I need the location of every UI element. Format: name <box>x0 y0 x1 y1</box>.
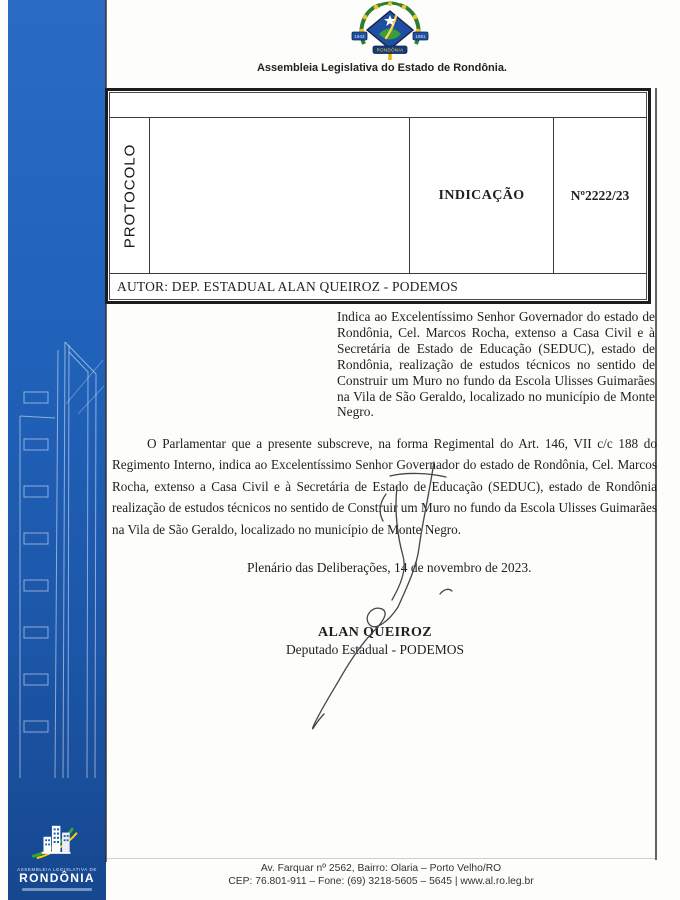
protocolo-cell: PROTOCOLO <box>110 118 150 273</box>
building-sketch-icon <box>8 330 106 790</box>
author-line: AUTOR: DEP. ESTADUAL ALAN QUEIROZ - PODE… <box>110 273 646 299</box>
doc-type-cell: INDICAÇÃO <box>410 118 554 273</box>
main-paragraph: O Parlamentar que a presente subscreve, … <box>112 433 657 540</box>
sidebar: ASSEMBLEIA LEGISLATIVA DE RONDÔNIA <box>8 0 106 900</box>
signer-name: ALAN QUEIROZ <box>105 625 645 641</box>
protocol-table: PROTOCOLO INDICAÇÃO Nº2222/23 AUTOR: DEP… <box>105 88 651 304</box>
sidebar-org-small-label: ASSEMBLEIA LEGISLATIVA DE <box>8 867 106 872</box>
protocol-table-top-strip <box>110 93 646 118</box>
rondonia-coat-of-arms-icon: 1943 1981 RONDÔNIA <box>350 0 430 62</box>
footer-address: Av. Farquar nº 2562, Bairro: Olaria – Po… <box>105 863 657 876</box>
date-line: Plenário das Deliberações, 14 de novembr… <box>247 560 532 576</box>
document-page: ASSEMBLEIA LEGISLATIVA DE RONDÔNIA 1943 … <box>0 0 680 900</box>
signer-title: Deputado Estadual - PODEMOS <box>105 642 645 658</box>
footer-contact: CEP: 76.801-911 – Fone: (69) 3218-5605 –… <box>105 876 657 889</box>
protocolo-label: PROTOCOLO <box>121 143 138 248</box>
coat-year-right: 1981 <box>415 34 426 39</box>
sidebar-building-logo-icon <box>30 822 84 860</box>
summary-paragraph: Indica ao Excelentíssimo Senhor Governad… <box>337 309 655 420</box>
sidebar-tagline-bar <box>22 888 92 891</box>
sidebar-org-name-label: RONDÔNIA <box>8 872 106 885</box>
doc-number-cell: Nº2222/23 <box>554 118 646 273</box>
org-name-heading: Assembleia Legislativa do Estado de Rond… <box>108 62 656 74</box>
page-edge-bottom-line <box>107 858 655 859</box>
footer: Av. Farquar nº 2562, Bairro: Olaria – Po… <box>105 863 657 888</box>
protocol-stamp-area <box>150 118 410 273</box>
coat-year-left: 1943 <box>354 34 365 39</box>
sidebar-logo: ASSEMBLEIA LEGISLATIVA DE RONDÔNIA <box>8 822 106 891</box>
coat-banner-label: RONDÔNIA <box>377 48 404 53</box>
signature-block: ALAN QUEIROZ Deputado Estadual - PODEMOS <box>105 625 645 658</box>
